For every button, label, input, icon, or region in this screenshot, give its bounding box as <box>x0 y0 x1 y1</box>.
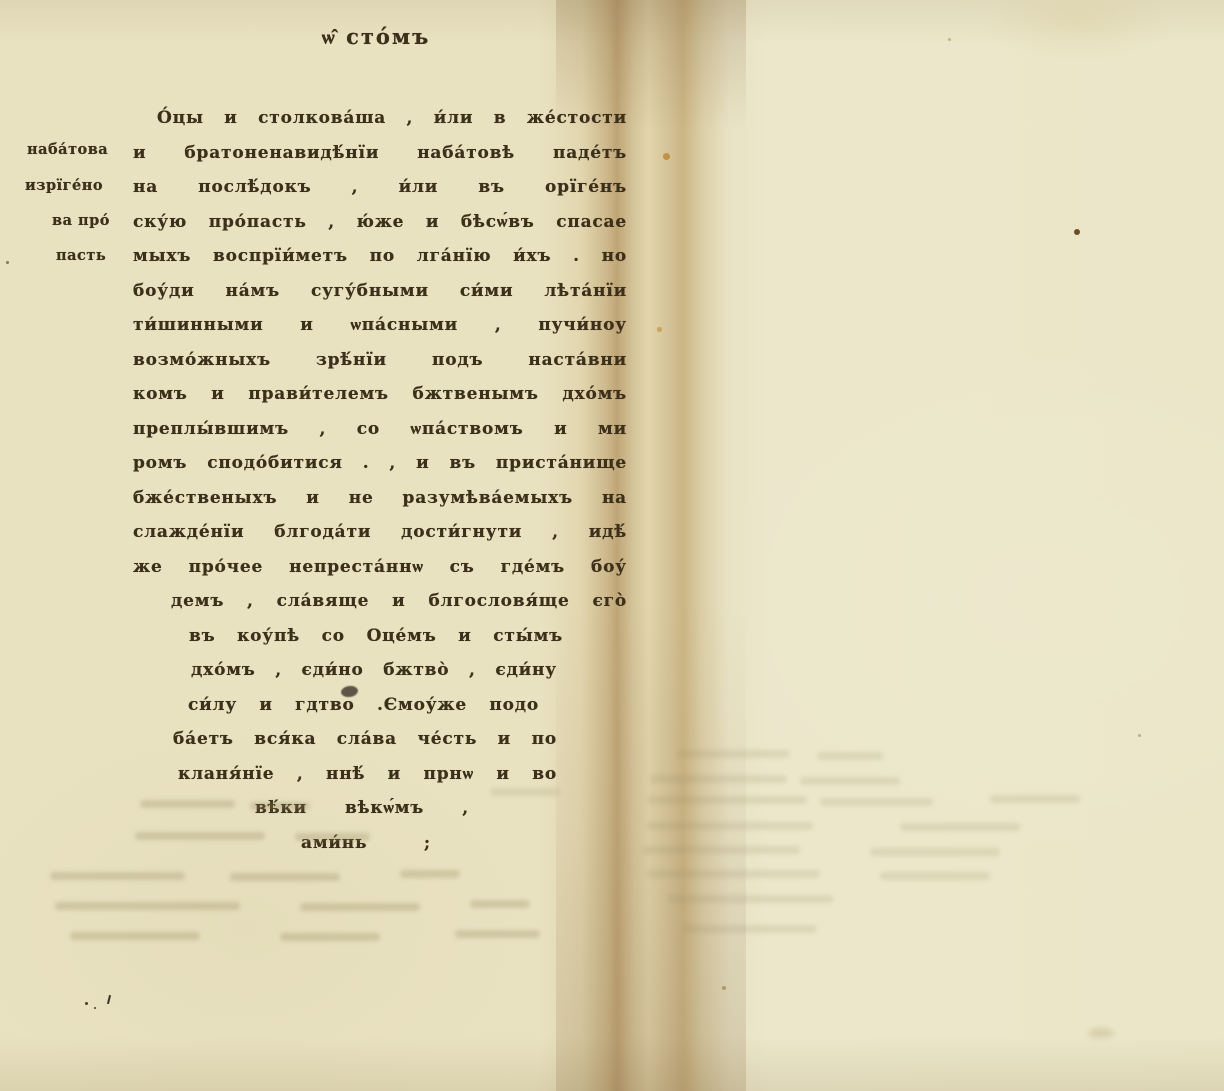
bleed-through-text <box>400 870 460 878</box>
bleed-through-text <box>667 895 833 903</box>
bleed-through-text <box>990 795 1080 803</box>
text-line: преплы́вшимъ , со ѡпа́ствомъ и ми <box>133 412 627 447</box>
text-line: и братоненавидѣ́нїи наба́товѣ паде́тъ <box>133 136 627 171</box>
bleed-through-text <box>870 848 1000 856</box>
text-line: си́лу и гдтво .Ємоу́же подо <box>133 688 627 723</box>
text-line: вѣ́ки вѣкѡ́мъ , <box>133 791 627 826</box>
text-line: же про́чее непреста́ннѡ съ где́мъ боу́ <box>133 550 627 585</box>
text-line: бже́ственыхъ и не разумѣва́емыхъ на <box>133 481 627 516</box>
text-line: мыхъ воспрїи́метъ по лга́нїю и́хъ . но <box>133 239 627 274</box>
bleed-through-text <box>300 903 420 911</box>
bleed-through-text <box>250 802 310 810</box>
bleed-through-text <box>647 822 813 830</box>
book-scan: ѡ̂ сто́мъ наба́това изрїге́но ва про́ па… <box>0 0 1224 1091</box>
bleed-through-text <box>643 846 800 854</box>
bleed-through-text <box>135 832 265 840</box>
text-line: возмо́жныхъ зрѣ́нїи подъ наста́вни <box>133 343 627 378</box>
bleed-through-text <box>650 775 787 783</box>
text-line: комъ и прави́телемъ бжтвенымъ дхо́мъ <box>133 377 627 412</box>
page-title: ѡ̂ сто́мъ <box>286 24 466 50</box>
text-line: ами́нь ; <box>133 826 627 861</box>
bleed-through-text <box>900 823 1020 831</box>
bleed-through-text <box>647 870 820 878</box>
bleed-through-text <box>455 930 540 938</box>
margin-note: пасть <box>56 247 106 264</box>
bleed-through-text <box>880 872 990 880</box>
bleed-through-text <box>490 788 560 796</box>
foxing-speck <box>657 327 662 332</box>
text-line: О́цы и столкова́ша , и́ли в же́стости <box>133 101 627 136</box>
bleed-through-text <box>817 752 883 760</box>
foxing-speck <box>948 38 951 41</box>
text-line: ромъ сподо́битися . , и въ приста́нище <box>133 446 627 481</box>
bleed-through-text <box>70 932 200 940</box>
bleed-through-text <box>820 798 933 806</box>
margin-note: наба́това <box>27 141 108 158</box>
text-line: боу́ди на́мъ сугу́бными си́ми лѣта́нїи <box>133 274 627 309</box>
ink-mark <box>107 995 111 1004</box>
bleed-through-text <box>295 833 370 841</box>
bleed-through-text <box>50 872 185 880</box>
foxing-speck <box>663 153 670 160</box>
paper-smudge <box>1088 1028 1114 1038</box>
bleed-through-text <box>230 873 340 881</box>
foxing-speck <box>722 986 726 990</box>
bleed-through-text <box>683 925 817 933</box>
foxing-speck <box>1074 229 1080 235</box>
bleed-through-text <box>55 902 240 910</box>
foxing-speck <box>1138 734 1141 737</box>
bleed-through-text <box>140 800 235 808</box>
text-line: ти́шинными и ѡпа́сными , пучи́ноу <box>133 308 627 343</box>
foxing-speck <box>6 261 9 264</box>
text-line: ску́ю про́пасть , ю́же и бѣсѡ́въ спасае <box>133 205 627 240</box>
text-line: демъ , сла́вяще и блгословя́ще єго̀ <box>133 584 627 619</box>
text-line: слажде́нїи блгода́ти дости́гнути , идѣ́ <box>133 515 627 550</box>
bleed-through-text <box>280 933 380 941</box>
body-text: О́цы и столкова́ша , и́ли в же́стости и … <box>133 101 627 860</box>
foxing-speck <box>85 1002 88 1005</box>
text-line: дхо́мъ , єди́но бжтво̀ , єди́ну <box>133 653 627 688</box>
bleed-through-text <box>800 777 900 785</box>
margin-note: изрїге́но <box>25 177 103 194</box>
bleed-through-text <box>470 900 530 908</box>
text-line: ба́етъ вся́ка сла́ва че́сть и по <box>133 722 627 757</box>
foxing-speck <box>94 1007 96 1009</box>
text-line: въ коу́пѣ со Оце́мъ и сты́мъ <box>133 619 627 654</box>
bleed-through-text <box>677 750 790 758</box>
text-line: на послѣ́докъ , и́ли въ орїге́нъ <box>133 170 627 205</box>
margin-note: ва про́ <box>52 212 110 229</box>
bleed-through-text <box>647 796 807 804</box>
text-line: кланя́нїе , ннѣ́ и прнѡ и во <box>133 757 627 792</box>
